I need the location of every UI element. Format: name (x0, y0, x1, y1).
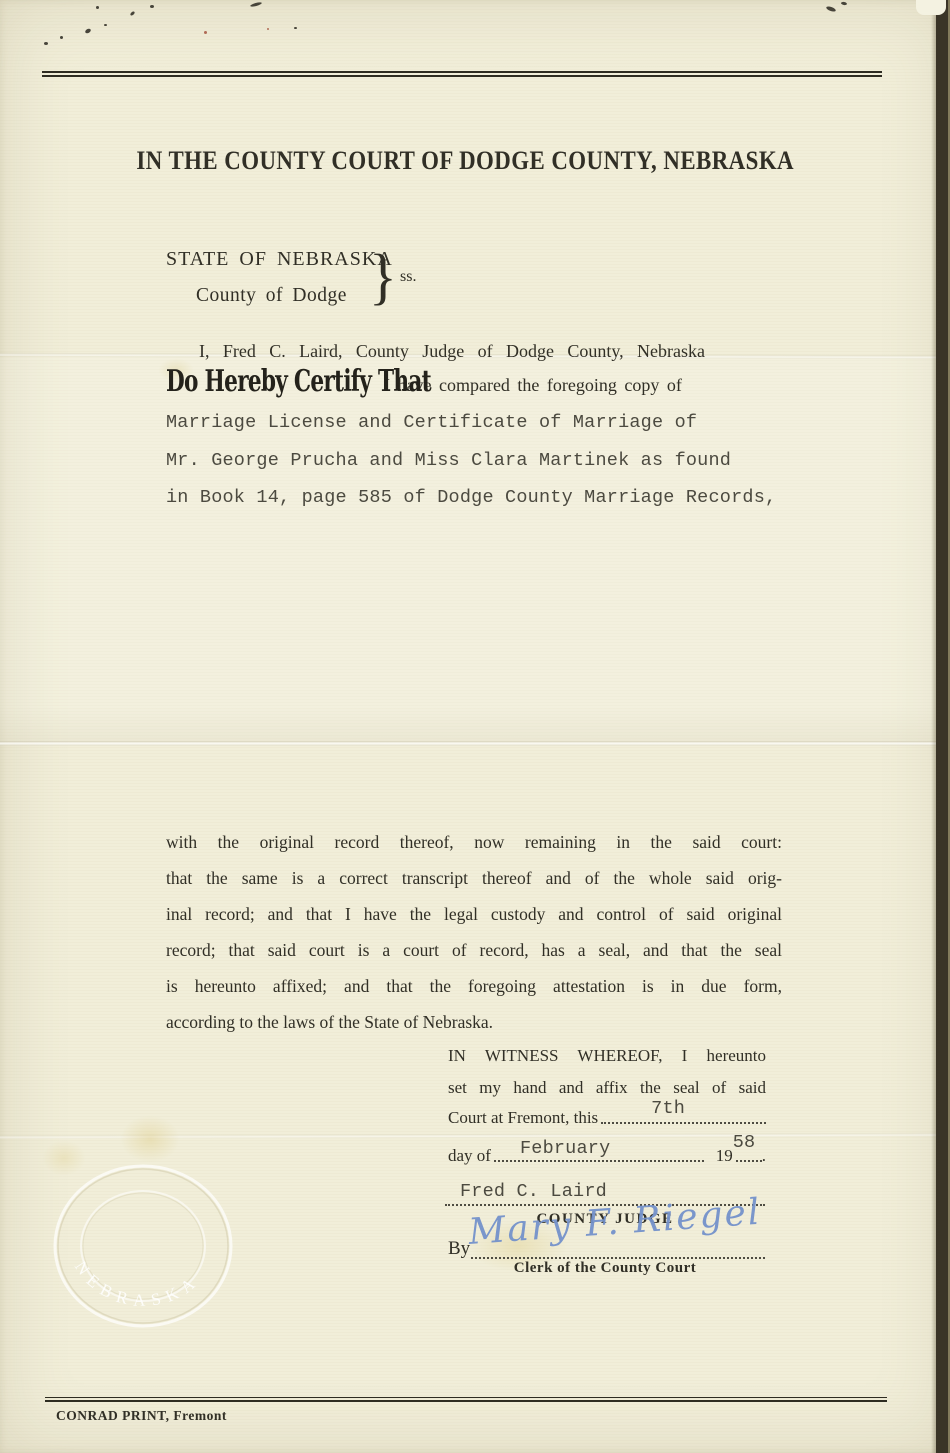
ink-speck (150, 5, 154, 8)
svg-text:NEBRASKA: NEBRASKA (71, 1258, 204, 1310)
attestation-line: inal record; and that I have the legal c… (166, 896, 782, 932)
certifier-intro-line: I, Fred C. Laird, County Judge of Dodge … (199, 341, 705, 362)
fold-crease (0, 1133, 950, 1139)
certify-phrase-blackletter: Do Hereby Certify That (166, 364, 431, 399)
attestation-line: according to the laws of the State of Ne… (166, 1004, 782, 1040)
ink-speck (96, 6, 99, 9)
court-title: IN THE COUNTY COURT OF DODGE COUNTY, NEB… (136, 146, 787, 176)
top-double-rule (42, 71, 882, 77)
ink-speck (826, 5, 837, 12)
ink-speck (294, 27, 297, 29)
venue-state: STATE OF NEBRASKA (166, 248, 393, 271)
day-filled-value: 7th (651, 1099, 685, 1119)
ink-speck (44, 42, 48, 45)
paper-stain (42, 1140, 86, 1176)
fold-crease-shadow (0, 706, 950, 742)
ink-speck (130, 11, 136, 17)
certify-phrase-box: Do Hereby Certify That (166, 364, 384, 399)
year-fill-in-line: 58 (736, 1158, 762, 1162)
scanned-certificate-page: IN THE COUNTY COURT OF DODGE COUNTY, NEB… (0, 0, 950, 1453)
typed-record-description: Marriage License and Certificate of Marr… (166, 404, 776, 517)
by-label: By (448, 1238, 470, 1260)
day-fill-in-line: 7th (601, 1120, 766, 1124)
ink-speck (104, 24, 107, 26)
ink-speck (841, 2, 847, 6)
embossed-notary-seal: NEBRASKA (38, 1160, 248, 1335)
venue-brace: } (369, 240, 397, 312)
ink-speck-red (267, 28, 269, 30)
attestation-line: is hereunto affixed; and that the forego… (166, 968, 782, 1004)
attestation-line: record; that said court is a court of re… (166, 932, 782, 968)
attestation-line: that the same is a correct transcript th… (166, 860, 782, 896)
typed-line: Marriage License and Certificate of Marr… (166, 404, 776, 442)
ink-speck (84, 28, 91, 34)
ink-speck (250, 1, 262, 7)
year-filled-value: 58 (733, 1133, 756, 1153)
year-prefix: 19 (716, 1146, 733, 1166)
witness-line-1: IN WITNESS WHEREOF, I hereunto (448, 1046, 766, 1066)
witness-line4-prefix: day of (448, 1146, 491, 1166)
venue-county: County of Dodge (196, 285, 347, 307)
clerk-title-label: Clerk of the County Court (445, 1260, 765, 1277)
certify-line: Do Hereby Certify That I have compared t… (166, 364, 726, 399)
witness-line-4: day of February 19 58 . (448, 1146, 766, 1166)
paper-stain (120, 1115, 180, 1163)
witness-line-2: set my hand and affix the seal of said (448, 1078, 766, 1098)
ink-speck-red (204, 31, 207, 34)
paper-corner-notch (916, 0, 946, 15)
month-filled-value: February (520, 1139, 610, 1159)
typed-line: in Book 14, page 585 of Dodge County Mar… (166, 479, 776, 517)
clerk-signature-line (471, 1257, 765, 1259)
attestation-line: with the original record thereof, now re… (166, 824, 782, 860)
typed-line: Mr. George Prucha and Miss Clara Martine… (166, 442, 776, 480)
fold-crease (0, 741, 950, 746)
attestation-paragraph: with the original record thereof, now re… (166, 824, 782, 1040)
ss-abbreviation: ss. (400, 268, 416, 286)
printer-credit: CONRAD PRINT, Fremont (56, 1408, 227, 1424)
witness-line-3: Court at Fremont, this 7th (448, 1108, 766, 1128)
ink-speck (60, 36, 63, 39)
bottom-double-rule (45, 1397, 887, 1402)
witness-line4-period: . (762, 1146, 766, 1166)
judge-name-typed: Fred C. Laird (460, 1181, 607, 1202)
witness-line3-prefix: Court at Fremont, this (448, 1108, 598, 1128)
month-fill-in-line: February (494, 1158, 704, 1162)
seal-text: NEBRASKA (71, 1258, 204, 1310)
